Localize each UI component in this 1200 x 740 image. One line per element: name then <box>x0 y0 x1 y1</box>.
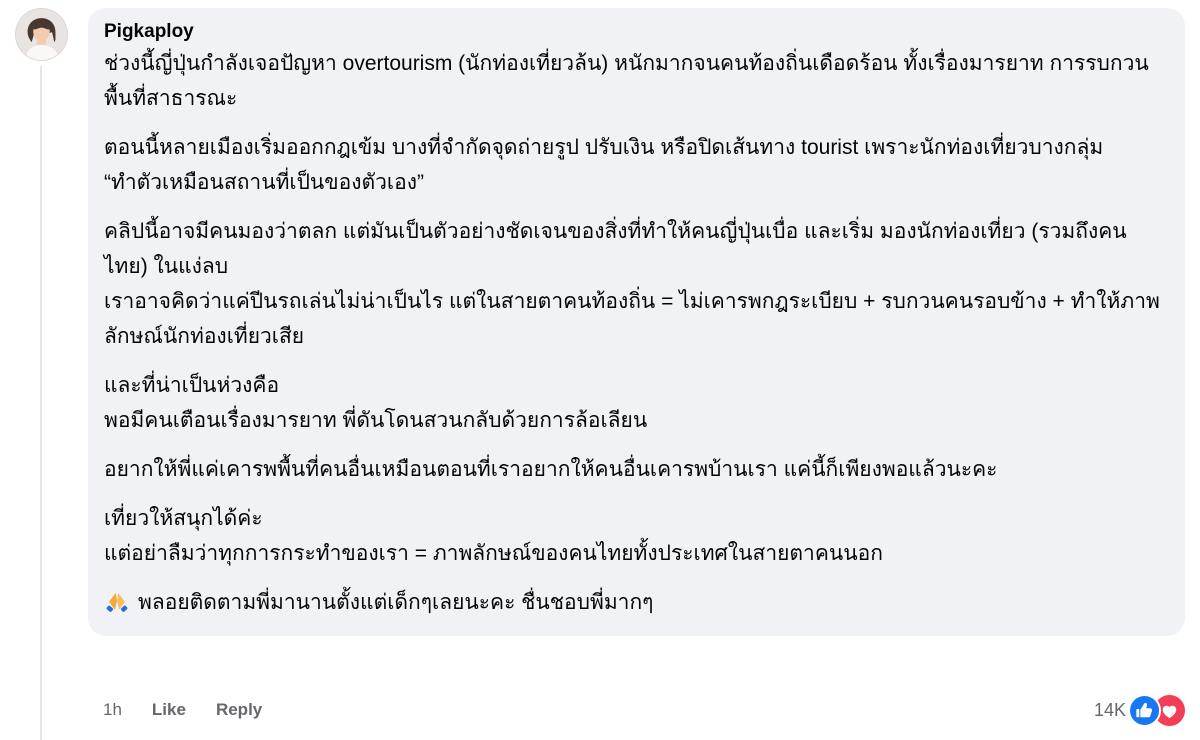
comment-paragraph: อยากให้พี่แค่เคารพพื้นที่คนอื่นเหมือนตอน… <box>104 452 1167 487</box>
reply-button[interactable]: Reply <box>216 700 262 720</box>
comment-text-line: คลิปนี้อาจมีคนมองว่าตลก แต่มันเป็นตัวอย่… <box>104 214 1167 284</box>
like-button[interactable]: Like <box>152 700 186 720</box>
comment-text-line: พอมีคนเตือนเรื่องมารยาท พี่ดันโดนสวนกลับ… <box>104 403 1167 438</box>
comment-text-line: อยากให้พี่แค่เคารพพื้นที่คนอื่นเหมือนตอน… <box>104 452 1167 487</box>
comment-paragraph: เที่ยวให้สนุกได้ค่ะ แต่อย่าลืมว่าทุกการก… <box>104 501 1167 571</box>
comment-text-line: แต่อย่าลืมว่าทุกการกระทำของเรา = ภาพลักษ… <box>104 536 1167 571</box>
folded-hands-icon <box>104 590 130 616</box>
comment-text-line: ตอนนี้หลายเมืองเริ่มออกกฎเข้ม บางที่จำกั… <box>104 130 1167 200</box>
commenter-avatar[interactable] <box>15 8 68 61</box>
comment-bubble: Pigkaploy ช่วงนี้ญี่ปุ่นกำลังเจอปัญหา ov… <box>88 8 1185 636</box>
comment-text-line: และที่น่าเป็นห่วงคือ <box>104 368 1167 403</box>
commenter-name[interactable]: Pigkaploy <box>104 19 194 44</box>
comment-paragraph: ช่วงนี้ญี่ปุ่นกำลังเจอปัญหา overtourism … <box>104 46 1167 116</box>
comment-page: Pigkaploy ช่วงนี้ญี่ปุ่นกำลังเจอปัญหา ov… <box>0 0 1200 740</box>
comment-footer: 1h Like Reply 14K <box>103 695 1185 725</box>
comment-paragraph: ตอนนี้หลายเมืองเริ่มออกกฎเข้ม บางที่จำกั… <box>104 130 1167 200</box>
comment-paragraph: พลอยติดตามพี่มานานตั้งแต่เด็กๆเลยนะคะ ชื… <box>104 585 1167 620</box>
comment-text-line: ช่วงนี้ญี่ปุ่นกำลังเจอปัญหา overtourism … <box>104 46 1167 116</box>
comment-text-line: พลอยติดตามพี่มานานตั้งแต่เด็กๆเลยนะคะ ชื… <box>138 585 653 620</box>
comment-paragraph: คลิปนี้อาจมีคนมองว่าตลก แต่มันเป็นตัวอย่… <box>104 214 1167 354</box>
reactions-pill[interactable]: 14K <box>1094 694 1185 727</box>
comment-text-line: เที่ยวให้สนุกได้ค่ะ <box>104 501 1167 536</box>
comment-paragraph: และที่น่าเป็นห่วงคือ พอมีคนเตือนเรื่องมา… <box>104 368 1167 438</box>
comment-text-line: เราอาจคิดว่าแค่ปีนรถเล่นไม่น่าเป็นไร แต่… <box>104 284 1167 354</box>
like-reaction-icon[interactable] <box>1128 694 1161 727</box>
reply-thread-line <box>40 66 42 740</box>
comment-timestamp[interactable]: 1h <box>103 700 122 720</box>
reaction-count: 14K <box>1094 700 1126 721</box>
